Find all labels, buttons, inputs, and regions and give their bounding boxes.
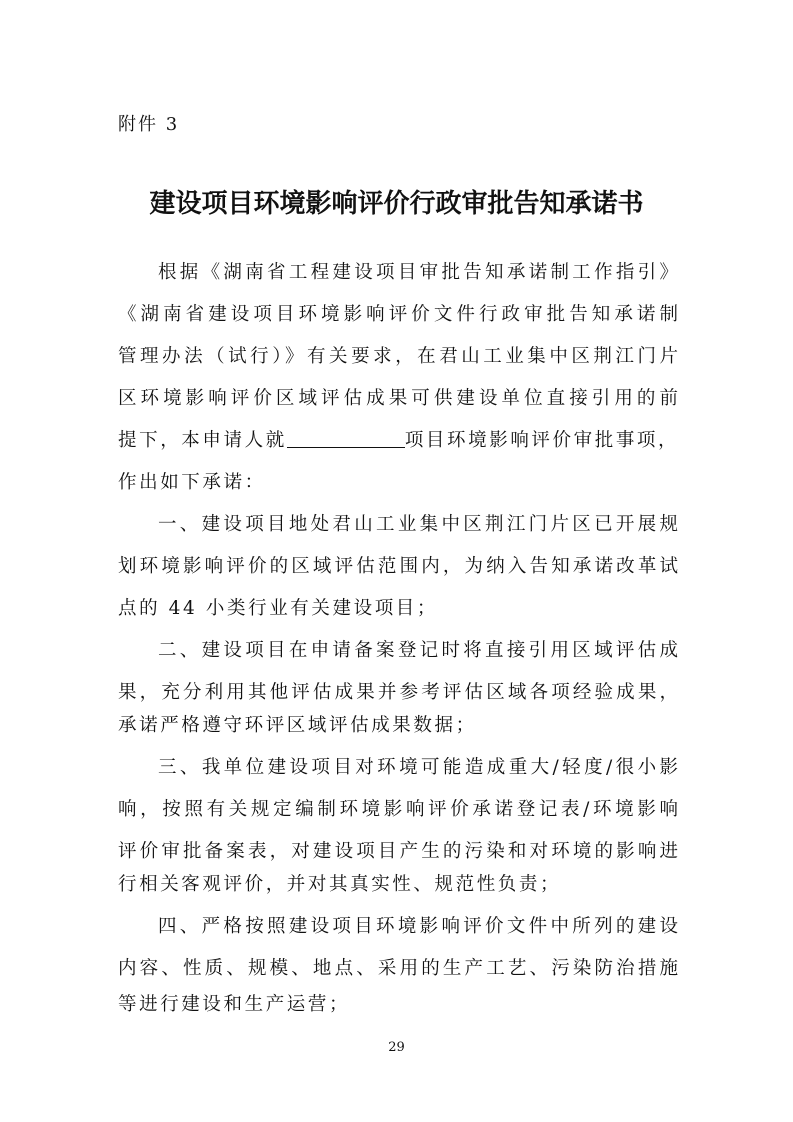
- intro-line-1: 根据《湖南省工程建设项目审批告知承诺制工作指引》: [118, 258, 678, 288]
- project-name-blank[interactable]: [287, 427, 405, 448]
- item-1-line-3: 点的 44 小类行业有关建设项目；: [118, 594, 678, 624]
- intro-text-after-blank: 项目环境影响评价审批事项，: [405, 430, 679, 451]
- item-3-line-3: 评价审批备案表，对建设项目产生的污染和对环境的影响进: [118, 837, 678, 867]
- page-number: 29: [0, 1040, 793, 1055]
- item-1-line-2: 划环境影响评价的区域评估范围内，为纳入告知承诺改革试: [118, 552, 678, 582]
- item-3-line-4: 行相关客观评价，并对其真实性、规范性负责；: [118, 870, 678, 900]
- item-3-line-1: 三、我单位建设项目对环境可能造成重大/轻度/很小影: [118, 753, 678, 783]
- intro-line-4: 区环境影响评价区域评估成果可供建设单位直接引用的前: [118, 384, 678, 414]
- attachment-label: 附件 3: [118, 110, 179, 136]
- intro-text-before-blank: 提下，本申请人就: [118, 430, 287, 451]
- item-2-line-1: 二、建设项目在申请备案登记时将直接引用区域评估成: [118, 636, 678, 666]
- item-4-line-1: 四、严格按照建设项目环境影响评价文件中所列的建设: [118, 912, 678, 942]
- intro-line-6: 作出如下承诺：: [118, 468, 678, 498]
- item-4-line-2: 内容、性质、规模、地点、采用的生产工艺、污染防治措施: [118, 954, 678, 984]
- document-page: 附件 3 建设项目环境影响评价行政审批告知承诺书 根据《湖南省工程建设项目审批告…: [0, 0, 793, 1122]
- intro-line-2: 《湖南省建设项目环境影响评价文件行政审批告知承诺制: [118, 300, 678, 330]
- item-4-line-3: 等进行建设和生产运营；: [118, 990, 678, 1020]
- item-2-line-2: 果，充分利用其他评估成果并参考评估区域各项经验成果，: [118, 678, 678, 708]
- item-1-line-1: 一、建设项目地处君山工业集中区荆江门片区已开展规: [118, 510, 678, 540]
- item-2-line-3: 承诺严格遵守环评区域评估成果数据；: [118, 711, 678, 741]
- intro-line-5: 提下，本申请人就项目环境影响评价审批事项，: [118, 426, 678, 456]
- document-title: 建设项目环境影响评价行政审批告知承诺书: [0, 183, 793, 220]
- item-3-line-2: 响，按照有关规定编制环境影响评价承诺登记表/环境影响: [118, 795, 678, 825]
- intro-line-3: 管理办法（试行）》有关要求，在君山工业集中区荆江门片: [118, 342, 678, 372]
